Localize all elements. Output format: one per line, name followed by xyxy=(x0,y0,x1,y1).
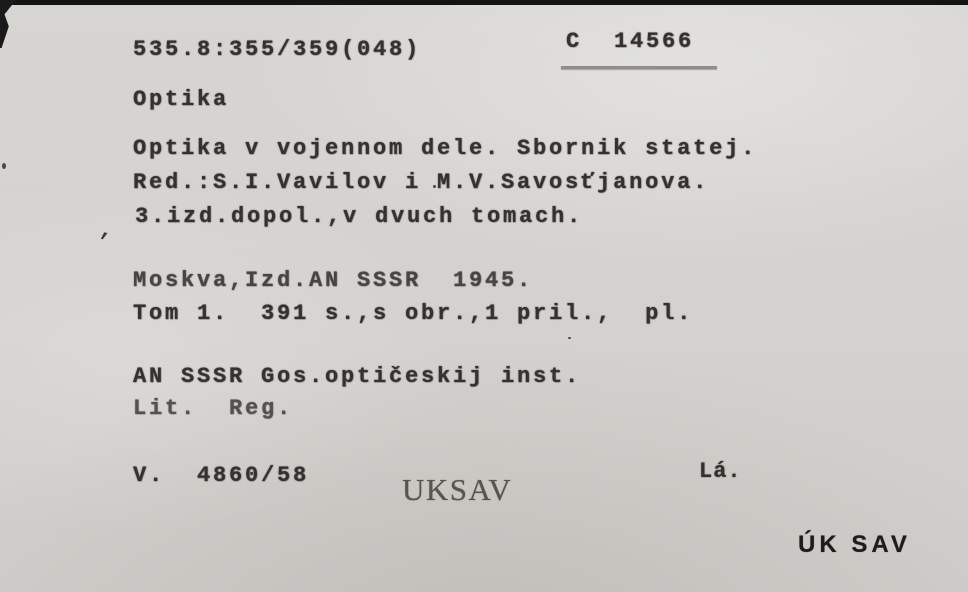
scan-edge-top xyxy=(0,0,968,5)
title-line-2: Red.:S.I.Vavilov i M.V.Savosťjanova. xyxy=(133,171,709,195)
heading-entry-word: Optika xyxy=(133,88,229,112)
corporate-line-2: Lit. Reg. xyxy=(133,397,293,421)
catalog-card-scan: 535.8:355/359(048) C 14566 Optika Optika… xyxy=(0,0,968,592)
stray-comma-mark: , xyxy=(98,217,116,244)
imprint-line-1: Moskva,Izd.AN SSSR 1945. xyxy=(133,269,533,293)
paper-speck xyxy=(2,163,6,169)
corporate-line-1: AN SSSR Gos.optičeskij inst. xyxy=(133,365,581,389)
cataloguer-initials: Lá. xyxy=(699,459,742,484)
title-line-1: Optika v vojennom dele. Sbornik statej. xyxy=(133,137,757,161)
imprint-line-2: Tom 1. 391 s.,s obr.,1 pril., pl. xyxy=(133,302,693,326)
scan-edge-top-left xyxy=(0,0,16,48)
title-line-3: 3.izd.dopol.,v dvuch tomach. xyxy=(135,205,583,229)
paper-speck xyxy=(568,337,571,339)
call-number: C 14566 xyxy=(566,30,694,54)
library-code: UKSAV xyxy=(402,472,512,508)
classification-number: 535.8:355/359(048) xyxy=(133,38,421,62)
call-number-underline xyxy=(561,66,717,69)
library-stamp: ÚK SAV xyxy=(798,531,911,559)
accession-number: V. 4860/58 xyxy=(133,464,309,488)
